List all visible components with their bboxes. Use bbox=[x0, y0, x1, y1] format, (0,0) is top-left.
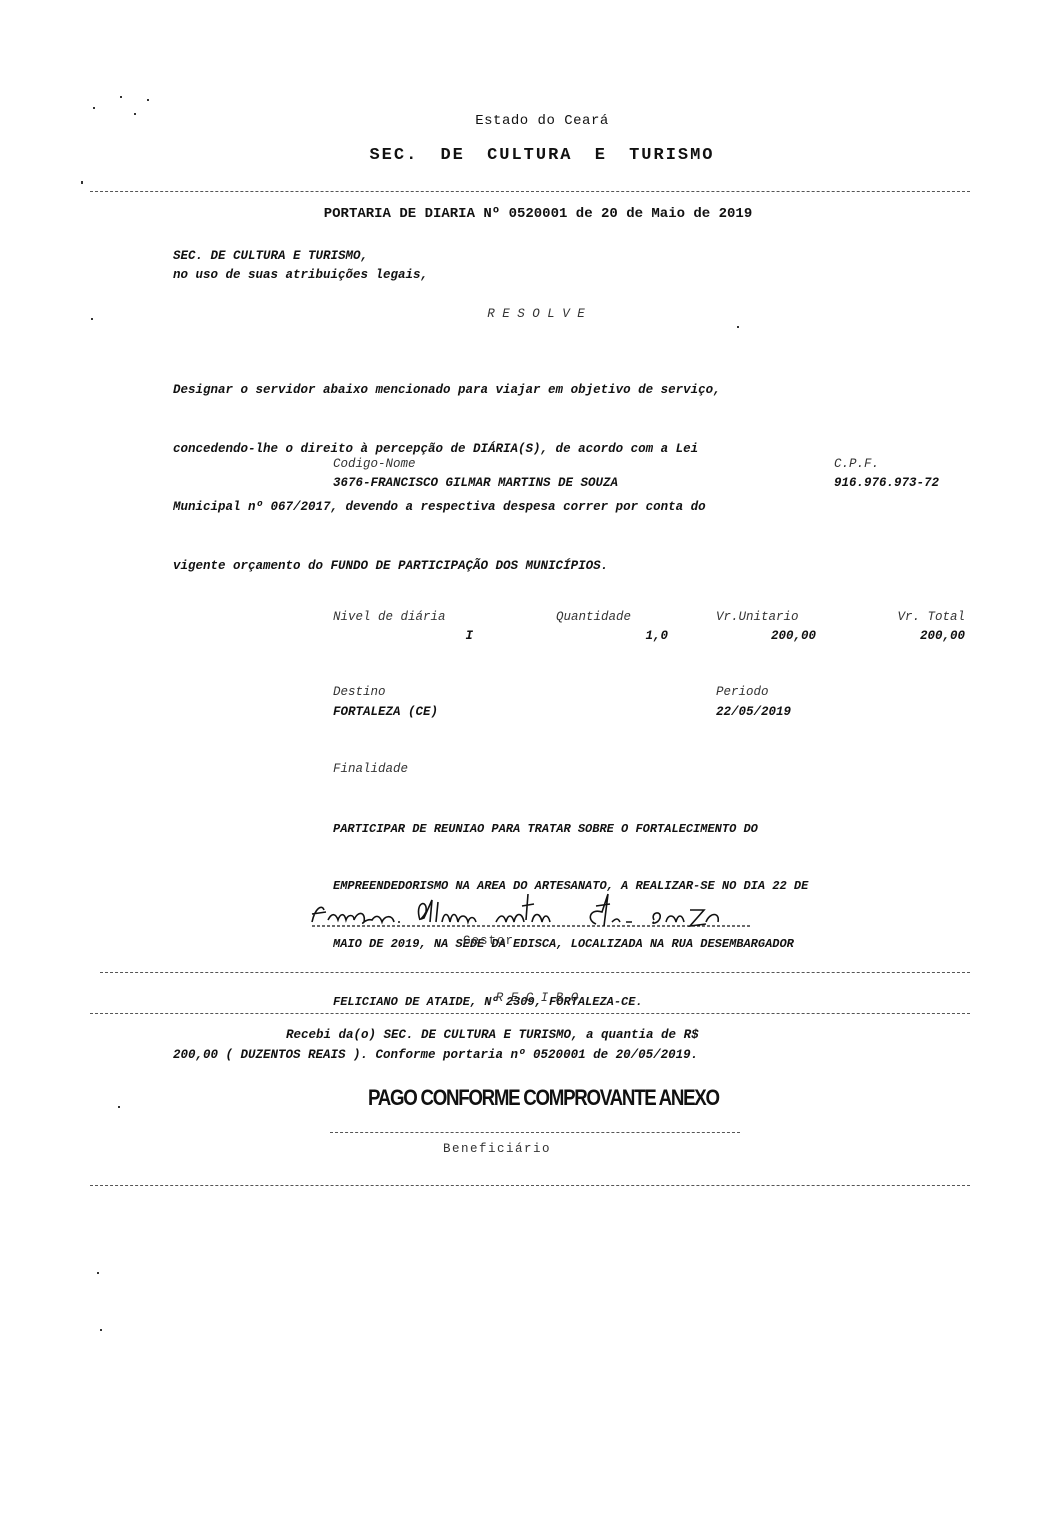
scan-speck bbox=[93, 107, 95, 109]
period-label: Periodo bbox=[716, 685, 769, 699]
resolve-heading: R E S O L V E bbox=[0, 307, 1054, 321]
document-title: PORTARIA DE DIARIA Nº 0520001 de 20 de M… bbox=[0, 206, 1054, 222]
total-label: Vr. Total bbox=[860, 610, 965, 624]
scan-speck bbox=[100, 1329, 102, 1331]
scan-speck bbox=[97, 1272, 99, 1274]
total-value: 200,00 bbox=[860, 629, 965, 643]
receipt-line-1: Recebi da(o) SEC. DE CULTURA E TURISMO, … bbox=[286, 1028, 699, 1042]
signature-role: Gestor bbox=[463, 934, 514, 948]
beneficiary-signature-line bbox=[330, 1132, 740, 1133]
body-paragraph: Designar o servidor abaixo mencionado pa… bbox=[173, 342, 721, 596]
body-line: Municipal nº 067/2017, devendo a respect… bbox=[173, 498, 721, 518]
preamble-line-2: no uso de suas atribuições legais, bbox=[173, 268, 428, 282]
code-name-label: Codigo-Nome bbox=[333, 457, 416, 471]
quantity-label: Quantidade bbox=[556, 610, 631, 624]
code-name-value: 3676-FRANCISCO GILMAR MARTINS DE SOUZA bbox=[333, 476, 618, 490]
body-line: vigente orçamento do FUNDO DE PARTICIPAÇ… bbox=[173, 557, 721, 577]
state-name: Estado do Ceará bbox=[0, 113, 1054, 129]
purpose-line: MAIO DE 2019, NA SEDE DA EDISCA, LOCALIZ… bbox=[333, 935, 808, 954]
purpose-label: Finalidade bbox=[333, 762, 408, 776]
divider bbox=[90, 1185, 970, 1186]
scan-speck bbox=[737, 326, 739, 328]
body-line: Designar o servidor abaixo mencionado pa… bbox=[173, 381, 721, 401]
scan-speck bbox=[118, 1106, 120, 1108]
divider bbox=[90, 191, 970, 192]
cpf-label: C.P.F. bbox=[834, 457, 879, 471]
beneficiary-label: Beneficiário bbox=[443, 1142, 551, 1156]
scan-speck bbox=[81, 181, 83, 184]
divider bbox=[90, 1013, 970, 1014]
destination-label: Destino bbox=[333, 685, 386, 699]
unit-value-label: Vr.Unitario bbox=[716, 610, 799, 624]
period-value: 22/05/2019 bbox=[716, 705, 791, 719]
paid-stamp: PAGO CONFORME COMPROVANTE ANEXO bbox=[368, 1085, 719, 1111]
quantity-value: 1,0 bbox=[556, 629, 668, 643]
purpose-line: PARTICIPAR DE REUNIAO PARA TRATAR SOBRE … bbox=[333, 820, 808, 839]
level-label: Nivel de diária bbox=[333, 610, 446, 624]
receipt-heading: R E C I B O bbox=[0, 991, 1054, 1005]
body-line: concedendo-lhe o direito à percepção de … bbox=[173, 440, 721, 460]
scan-speck bbox=[147, 99, 149, 101]
receipt-line-2: 200,00 ( DUZENTOS REAIS ). Conforme port… bbox=[173, 1048, 698, 1062]
scan-speck bbox=[120, 96, 122, 98]
destination-value: FORTALEZA (CE) bbox=[333, 705, 438, 719]
level-value: I bbox=[333, 629, 473, 643]
unit-value: 200,00 bbox=[716, 629, 816, 643]
preamble-line-1: SEC. DE CULTURA E TURISMO, bbox=[173, 249, 368, 263]
handwritten-signature: Francisco Gilmar Martins de Souza bbox=[310, 890, 770, 935]
cpf-value: 916.976.973-72 bbox=[834, 476, 939, 490]
divider bbox=[100, 972, 970, 973]
department-name: SEC. DE CULTURA E TURISMO bbox=[0, 146, 1054, 165]
